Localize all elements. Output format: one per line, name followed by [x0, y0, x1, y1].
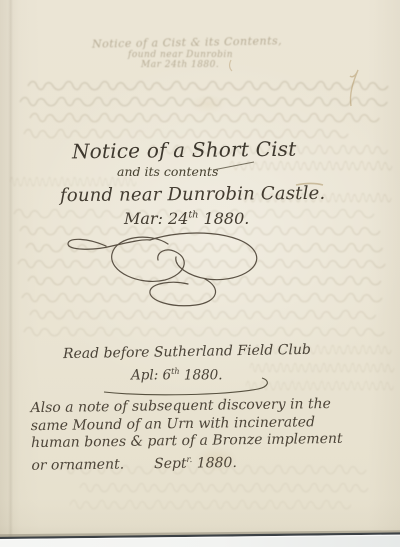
manuscript-scene: Notice of a Cist & its Contents, found n… — [0, 0, 400, 547]
page-bottom-edge — [0, 0, 400, 547]
